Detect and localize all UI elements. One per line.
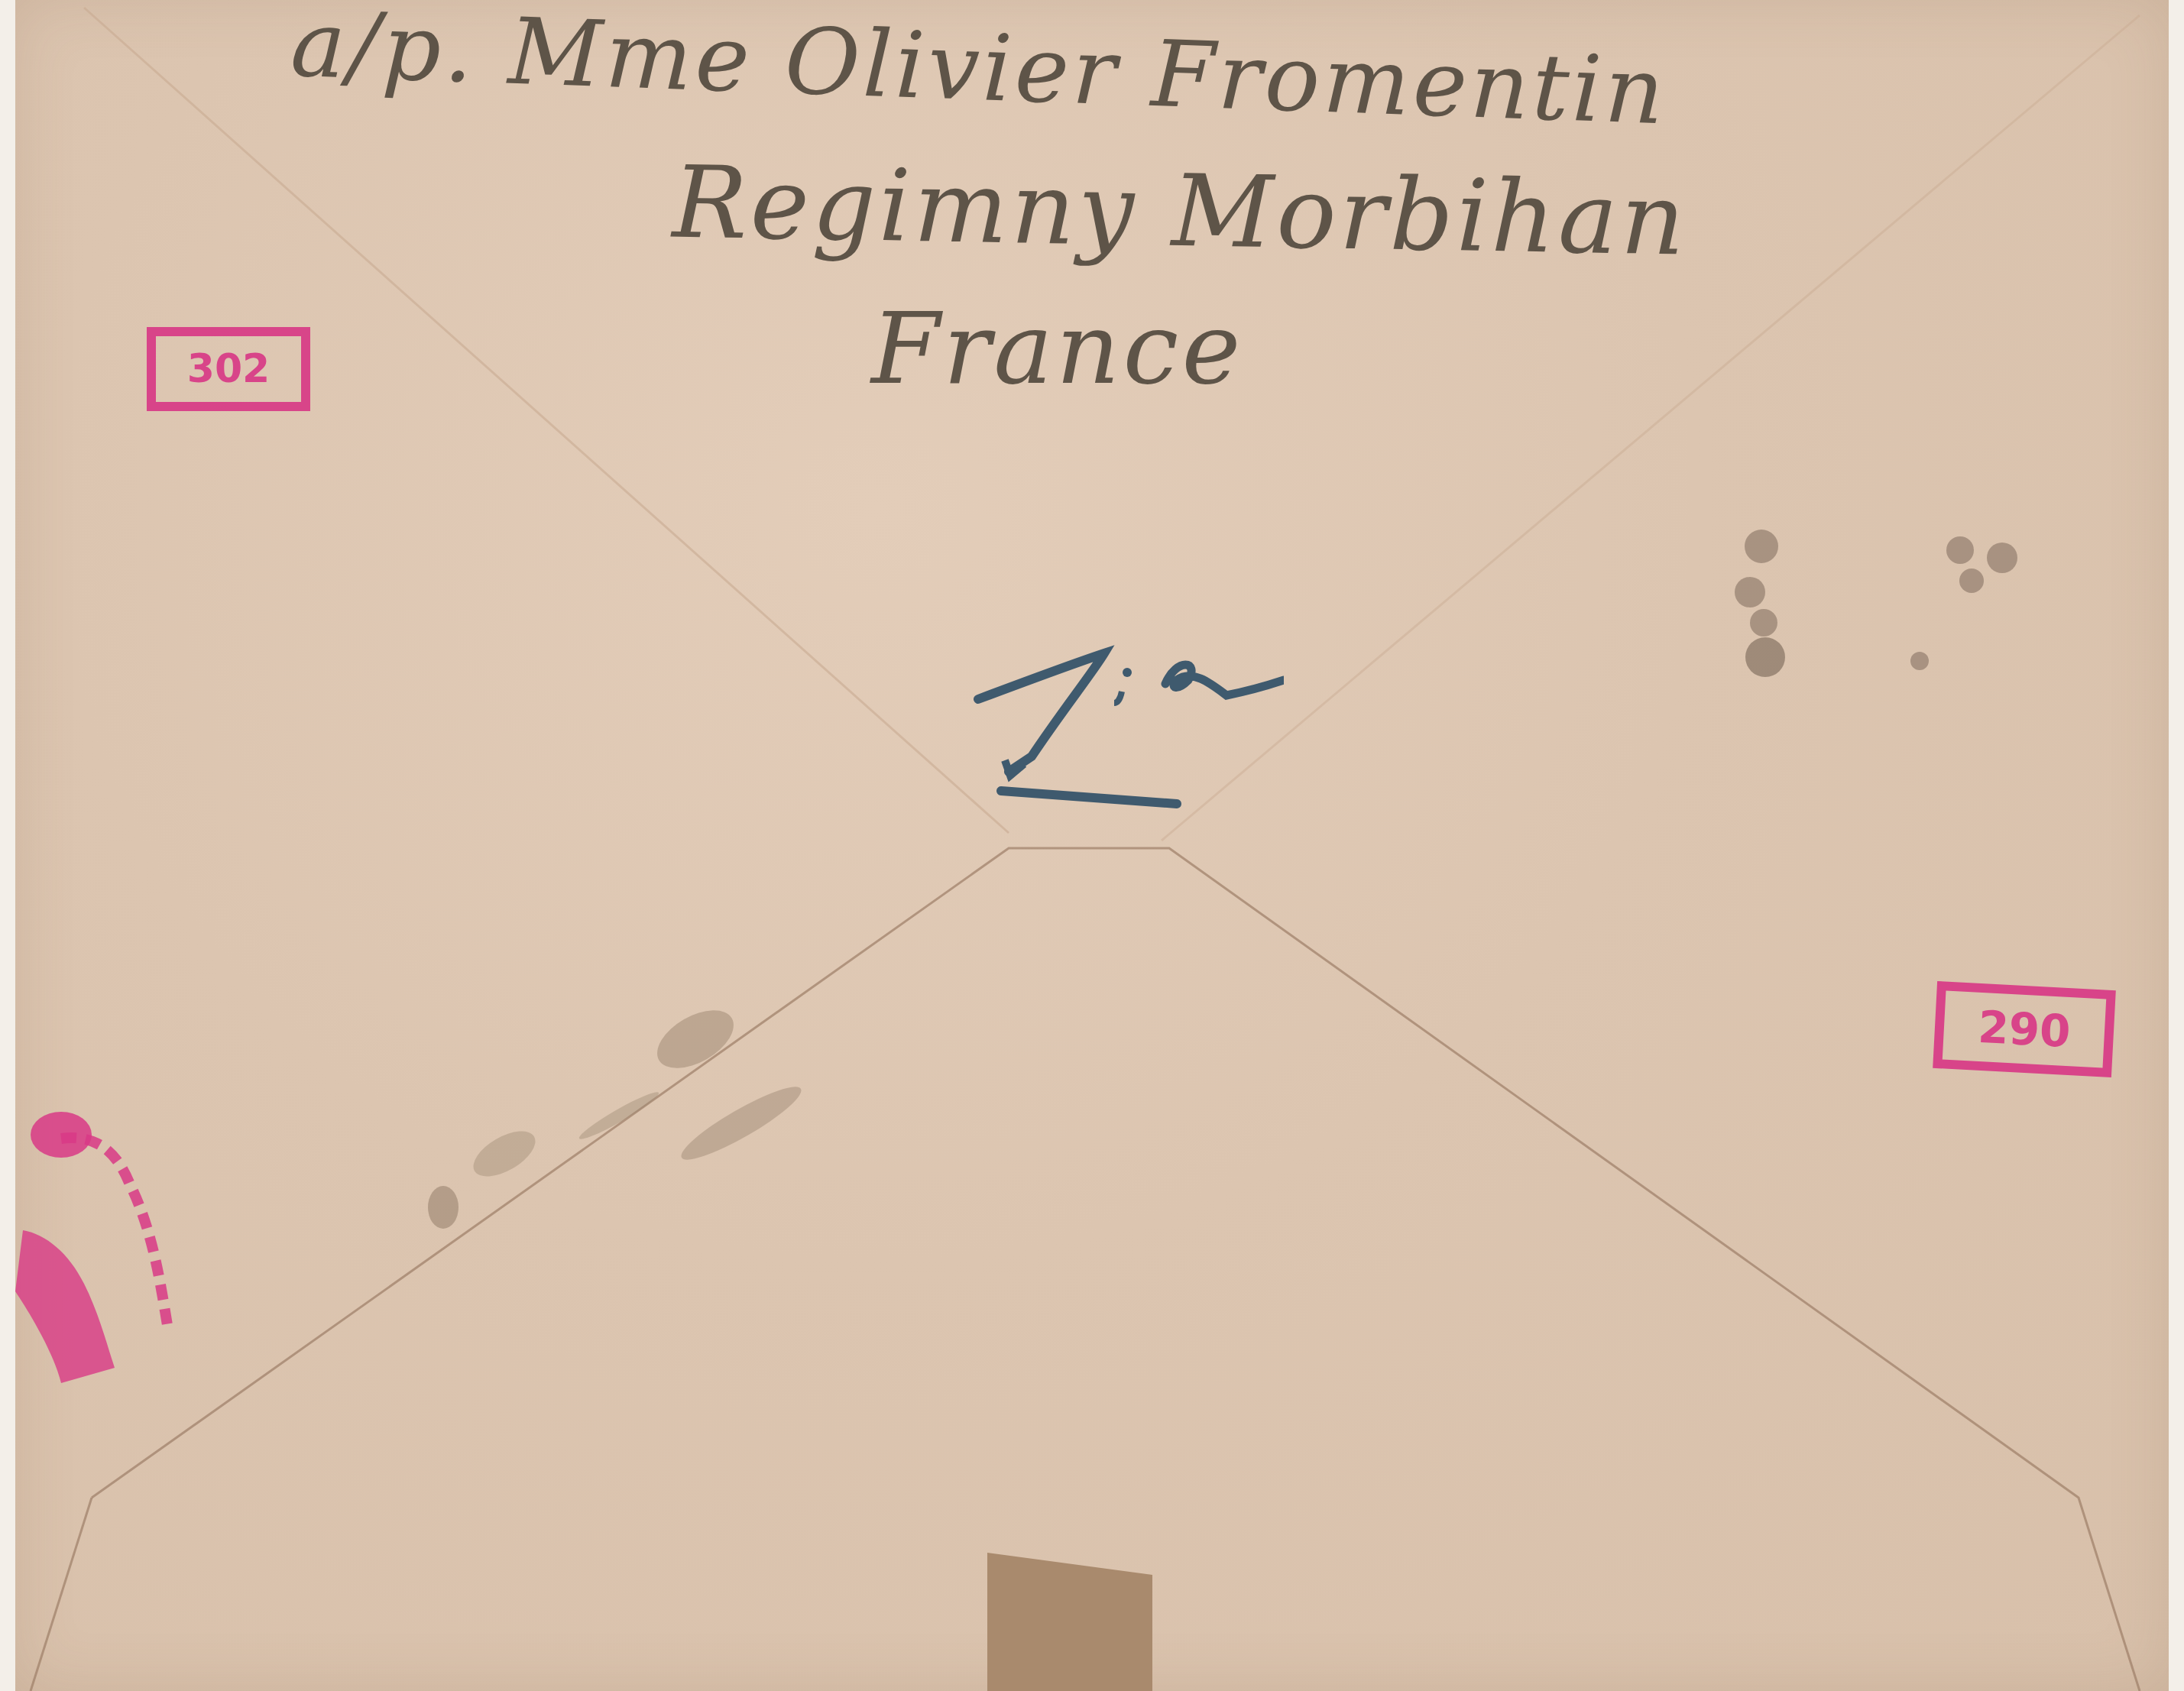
censor-stamp-number: 302 — [187, 346, 271, 392]
censor-stamp-302: 302 — [147, 327, 310, 411]
pencil-annotation-icon — [948, 627, 1284, 825]
address-line-3: France — [871, 290, 1243, 407]
ink-spots — [1696, 497, 2079, 695]
censor-stamp-number: 290 — [1977, 1001, 2072, 1058]
envelope-back: a/p. Mme Olivier Fromentin Regimny Morbi… — [15, 0, 2169, 1691]
tape-tab — [987, 1553, 1152, 1691]
ink-smudges — [397, 978, 856, 1246]
partial-postmark-icon — [15, 1100, 214, 1391]
censor-stamp-290: 290 — [1933, 981, 2116, 1077]
address-line-2: Regimny Morbihan — [672, 144, 1689, 277]
